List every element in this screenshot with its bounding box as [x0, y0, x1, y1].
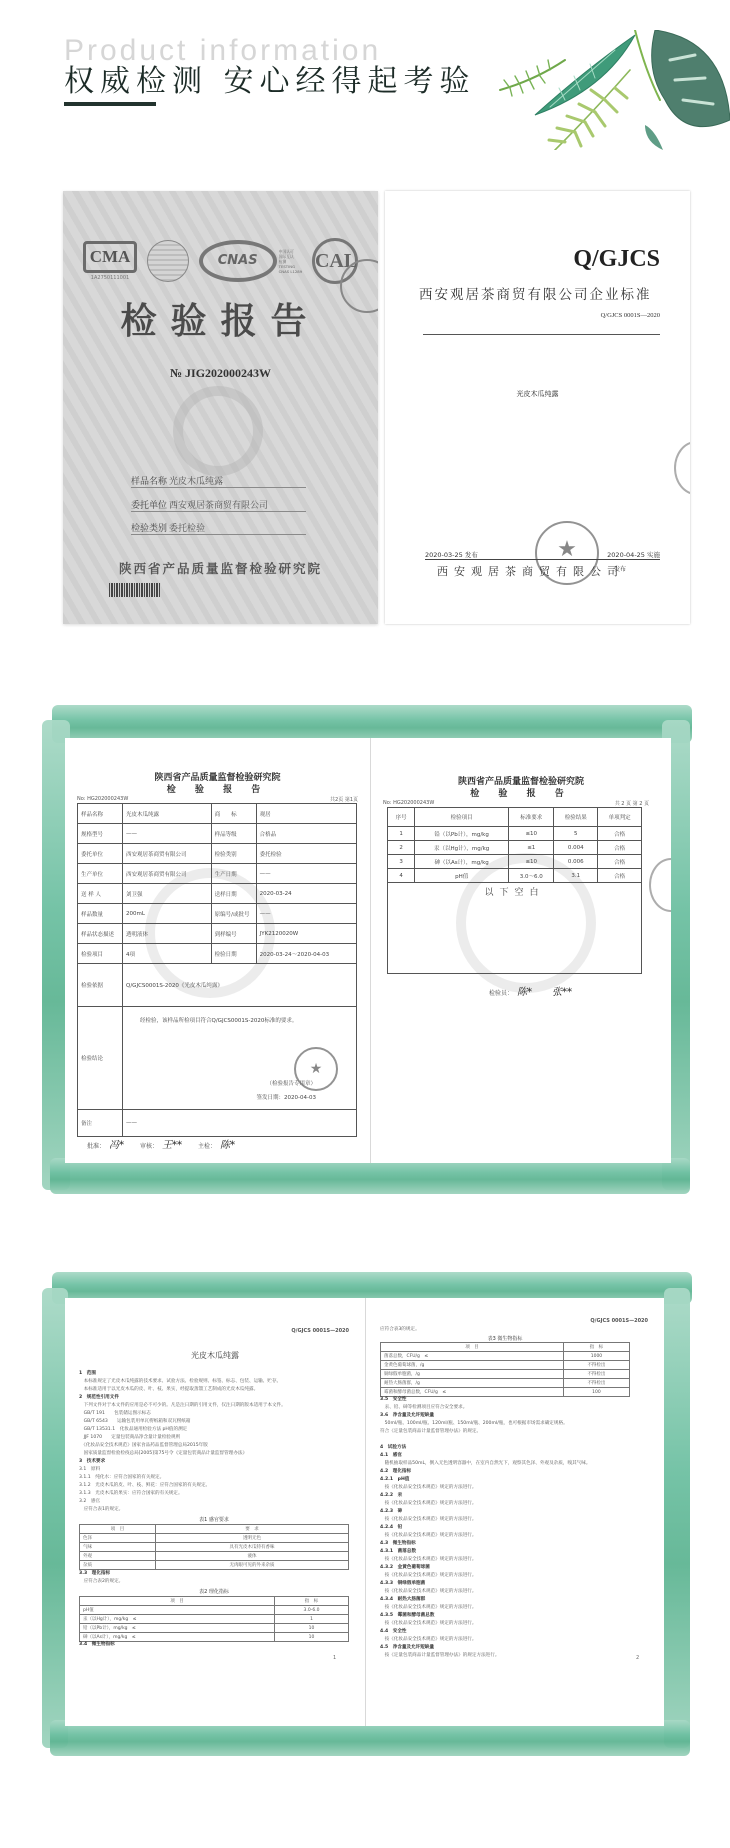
table-row: 3砷（以As计），mg/kg≤100.006合格 [388, 855, 642, 869]
table-row: 送 样 人刘卫强送样日期2020-03-24 [78, 884, 357, 904]
report-title: 检 验 报 告 [65, 782, 370, 795]
standard-number: Q/GJCS 0001S—2020 [601, 312, 660, 319]
institute-name: 陕西省产品质量监督检验研究院 [63, 559, 378, 577]
sensory-requirements-table: 项 目要 求色泽透明无色气味具有光皮木瓜特有香味外观液体杂质无肉眼可见的外来杂质 [79, 1524, 349, 1570]
report-pages-frame: 陕西省产品质量监督检验研究院 检 验 报 告 No: HG202000243W … [42, 700, 690, 1205]
report-number: No: HG202000243W [383, 800, 434, 806]
sample-name-field: 样品名称光皮木瓜纯露 [131, 474, 306, 488]
report-number: № JIG202000243W [63, 366, 378, 381]
table1-caption: 表1 感官要求 [79, 1516, 349, 1523]
table-row: 色泽透明无色 [80, 1534, 349, 1543]
divider [423, 334, 660, 335]
blank-note: 以下空白 [388, 885, 641, 898]
cnas-icon: CNAS [199, 240, 277, 282]
table-row: 菌落总数，CFU/g ≤1000 [381, 1352, 630, 1361]
table-row: 金黄色葡萄球菌，/g不得检出 [381, 1361, 630, 1370]
standard-number: Q/GJCS 0001S—2020 [291, 1328, 349, 1334]
ilac-globe-icon [147, 240, 189, 282]
table-row: 检验项目4项检验日期2020-03-24～2020-04-03 [78, 944, 357, 964]
table-row: 4pH值3.0～6.03.1合格 [388, 869, 642, 883]
table-row: 气味具有光皮木瓜特有香味 [80, 1543, 349, 1552]
table3-caption: 表3 微生物指标 [380, 1335, 630, 1342]
enterprise-standard-cover: Q/GJCS 西安观居茶商贸有限公司企业标准 Q/GJCS 0001S—2020… [385, 191, 690, 624]
table-row: 样品数量200mL原编号/或批号—— [78, 904, 357, 924]
page-title: 权威检测 安心经得起考验 [64, 56, 476, 100]
page-number: 2 [636, 1655, 639, 1661]
blank-area: 以下空白 [387, 883, 642, 974]
table-row: 铜绿假单胞菌，/g不得检出 [381, 1370, 630, 1379]
report-info-table: 样品名称光皮木瓜纯露商 标观居规格型号——样品等级合格品委托单位西安观居茶商贸有… [77, 803, 357, 1137]
table2-caption: 表2 理化指标 [79, 1588, 349, 1595]
brush-right [664, 1288, 690, 1748]
seal-stamp [649, 858, 671, 912]
watermark-emblem [173, 386, 263, 476]
standard-title: 光皮木瓜纯露 [65, 1350, 365, 1361]
table-row: 杂质无肉眼可见的外来杂质 [80, 1561, 349, 1570]
table3-intro: 应符合表3的规定。 [380, 1326, 420, 1334]
publisher: 西安观居茶商贸有限公司 [437, 563, 624, 579]
seal-stamp [674, 441, 690, 495]
table-row: 生产单位西安观居茶商贸有限公司生产日期—— [78, 864, 357, 884]
standard-dates: 2020-03-25 发布 2020-04-25 实施 [425, 550, 660, 560]
standard-number: Q/GJCS 0001S—2020 [590, 1318, 648, 1324]
table-row: 样品状态描述透明液体到样编号JYK2120020W [78, 924, 357, 944]
table-row: 外观液体 [80, 1552, 349, 1561]
standard-code: Q/GJCS [573, 246, 660, 273]
inspection-report-cover: CMA 1A2750111001 CNAS 中国认可 国际互认 检测 TESTI… [63, 191, 378, 624]
cnas-logo: CNAS 中国认可 国际互认 检测 TESTING CNAS L1289 [199, 240, 302, 282]
table-row: 1铅（以Pb计），mg/kg≤105合格 [388, 827, 642, 841]
cma-logo: CMA 1A2750111001 [83, 241, 137, 281]
physicochemical-table: 项 目指 标pH值3.0-6.0汞（以Hg计），mg/kg ≤1铅（以Pb计），… [79, 1596, 349, 1642]
accreditation-logos: CMA 1A2750111001 CNAS 中国认可 国际互认 检测 TESTI… [83, 241, 358, 281]
brush-bottom [50, 1158, 690, 1194]
product-name: 光皮木瓜纯露 [385, 389, 690, 399]
report-title: 检 验 报 告 [371, 786, 671, 799]
table-row: 耐热大肠菌群，/g不得检出 [381, 1379, 630, 1388]
page-indicator: 共 2 页 第 2 页 [615, 800, 649, 807]
table-row: 样品名称光皮木瓜纯露商 标观居 [78, 804, 357, 824]
test-results-table: 序号检验项目标准要求检验结果单项判定1铅（以Pb计），mg/kg≤105合格2汞… [387, 807, 642, 883]
table-row: 铅（以Pb计），mg/kg ≤10 [80, 1624, 349, 1633]
publish-date: 2020-03-25 发布 [425, 550, 478, 559]
title-underline [64, 102, 156, 106]
barcode-icon [109, 583, 161, 597]
standard-pages-frame: Q/GJCS 0001S—2020 光皮木瓜纯露 1 范围 本标准规定了光皮木瓜… [42, 1268, 690, 1768]
table-row: 2汞（以Hg计），mg/kg≤10.004合格 [388, 841, 642, 855]
standard-text-right: 3.5 安全性 汞、铅、砷等检测项目应符合安全要求。3.6 净含量及允许短缺量 … [380, 1396, 590, 1660]
report-number: No: HG202000243W [77, 796, 128, 802]
report-page-2: 陕西省产品质量监督检验研究院 检 验 报 告 No: HG202000243W … [371, 738, 671, 1163]
tropical-leaves-icon [495, 30, 730, 150]
publisher-suffix: 发布 [614, 564, 626, 573]
inspector-signatures: 检验员：陈*张** [489, 983, 588, 998]
page-indicator: 共2页 第1页 [330, 796, 358, 803]
table-row: 砷（以As计），mg/kg ≤10 [80, 1633, 349, 1642]
table-row: 委托单位西安观居茶商贸有限公司检验类别委托检验 [78, 844, 357, 864]
standard-page-1: Q/GJCS 0001S—2020 光皮木瓜纯露 1 范围 本标准规定了光皮木瓜… [65, 1298, 365, 1726]
client-field: 委托单位西安观居茶商贸有限公司 [131, 498, 306, 512]
page-number: 1 [333, 1655, 336, 1661]
table-row: 规格型号——样品等级合格品 [78, 824, 357, 844]
cma-icon: CMA [83, 241, 137, 273]
microbial-table: 项 目指 标菌落总数，CFU/g ≤1000金黄色葡萄球菌，/g不得检出铜绿假单… [380, 1342, 630, 1397]
organization-standard: 西安观居茶商贸有限公司企业标准 [419, 283, 652, 303]
standard-text-left: 1 范围 本标准规定了光皮木瓜纯露的技术要求、试验方法、检验规则、标签、标志、包… [79, 1370, 286, 1514]
table-row: pH值3.0-6.0 [80, 1606, 349, 1615]
standard-page-2: Q/GJCS 0001S—2020 应符合表3的规定。 表3 微生物指标 项 目… [366, 1298, 664, 1726]
signatures: 批准：冯*审核：王**主检：陈* [87, 1136, 251, 1151]
report-page-1: 陕西省产品质量监督检验研究院 检 验 报 告 No: HG202000243W … [65, 738, 370, 1163]
table-row: 汞（以Hg计），mg/kg ≤1 [80, 1615, 349, 1624]
effective-date: 2020-04-25 实施 [607, 550, 660, 559]
section-3-3: 3.3 理化指标 应符合表2的规定。 [79, 1570, 123, 1586]
section-3-4: 3.4 微生物指标 [79, 1641, 115, 1649]
report-title: 检验报告 [63, 293, 378, 344]
inspection-type-field: 检验类别委托检验 [131, 521, 306, 535]
